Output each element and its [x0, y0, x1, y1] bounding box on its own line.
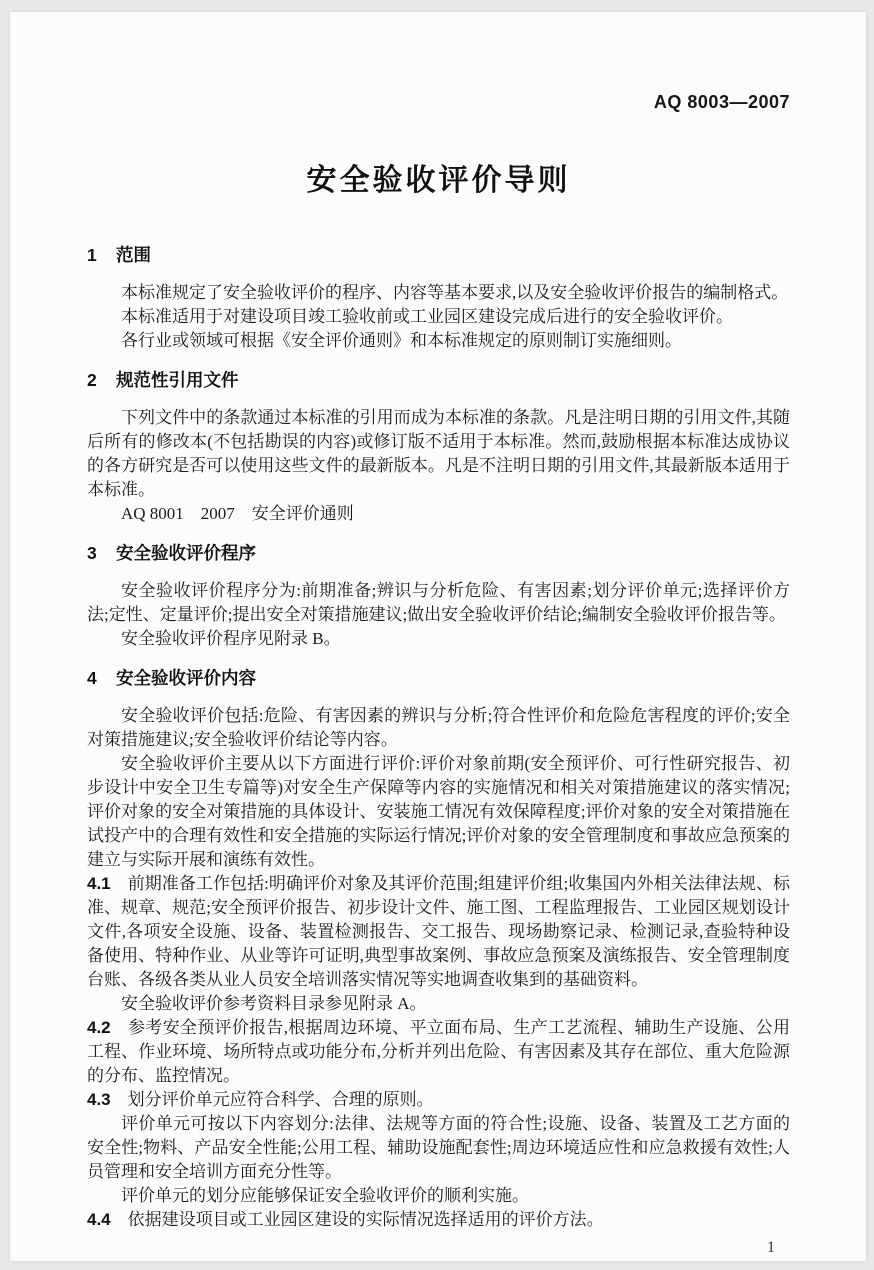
section-heading: 1范围	[87, 243, 790, 267]
page-number: 1	[767, 1239, 775, 1256]
section-heading: 4安全验收评价内容	[87, 666, 790, 690]
page-content: AQ 8003—2007 安全验收评价导则 1范围本标准规定了安全验收评价的程序…	[10, 12, 866, 1257]
section-heading-label: 规范性引用文件	[116, 370, 239, 390]
body-paragraph: 安全验收评价程序分为:前期准备;辨识与分析危险、有害因素;划分评价单元;选择评价…	[87, 579, 790, 627]
section-heading-label: 安全验收评价程序	[116, 543, 256, 563]
body-paragraph: 本标准规定了安全验收评价的程序、内容等基本要求,以及安全验收评价报告的编制格式。	[87, 281, 790, 305]
clause-number: 4.1	[87, 874, 111, 893]
body-paragraph: 评价单元可按以下内容划分:法律、法规等方面的符合性;设施、设备、装置及工艺方面的…	[87, 1112, 790, 1184]
body-paragraph: 安全验收评价程序见附录 B。	[87, 627, 790, 651]
clause-paragraph: 4.3划分评价单元应符合科学、合理的原则。	[87, 1088, 790, 1112]
body-paragraph: 各行业或领域可根据《安全评价通则》和本标准规定的原则制订实施细则。	[87, 329, 790, 353]
standard-number: AQ 8003—2007	[654, 92, 790, 112]
clause-paragraph: 4.2参考安全预评价报告,根据周边环境、平立面布局、生产工艺流程、辅助生产设施、…	[87, 1016, 790, 1088]
clause-number: 4.3	[87, 1090, 111, 1109]
clause-text: 前期准备工作包括:明确评价对象及其评价范围;组建评价组;收集国内外相关法律法规、…	[87, 874, 790, 989]
body-paragraph: 下列文件中的条款通过本标准的引用而成为本标准的条款。凡是注明日期的引用文件,其随…	[87, 406, 790, 502]
clause-paragraph: 4.1前期准备工作包括:明确评价对象及其评价范围;组建评价组;收集国内外相关法律…	[87, 872, 790, 992]
scanned-document-page: AQ 8003—2007 安全验收评价导则 1范围本标准规定了安全验收评价的程序…	[10, 12, 866, 1261]
body-paragraph: 评价单元的划分应能够保证安全验收评价的顺利实施。	[87, 1184, 790, 1208]
body-paragraph: 本标准适用于对建设项目竣工验收前或工业园区建设完成后进行的安全验收评价。	[87, 305, 790, 329]
section-heading: 3安全验收评价程序	[87, 541, 790, 565]
clause-text: 参考安全预评价报告,根据周边环境、平立面布局、生产工艺流程、辅助生产设施、公用工…	[87, 1018, 790, 1085]
section-heading-label: 安全验收评价内容	[116, 668, 256, 688]
clause-number: 4.2	[87, 1018, 111, 1037]
body-paragraph: AQ 8001 2007 安全评价通则	[87, 502, 790, 526]
clause-text: 依据建设项目或工业园区建设的实际情况选择适用的评价方法。	[128, 1210, 604, 1229]
clause-number: 4.4	[87, 1210, 111, 1229]
clause-text: 划分评价单元应符合科学、合理的原则。	[128, 1090, 434, 1109]
clause-paragraph: 4.4依据建设项目或工业园区建设的实际情况选择适用的评价方法。	[87, 1208, 790, 1232]
section-number: 2	[87, 368, 97, 392]
document-body: 1范围本标准规定了安全验收评价的程序、内容等基本要求,以及安全验收评价报告的编制…	[87, 243, 790, 1232]
document-header: AQ 8003—2007	[87, 92, 790, 113]
section-heading-label: 范围	[116, 245, 151, 265]
body-paragraph: 安全验收评价包括:危险、有害因素的辨识与分析;符合性评价和危险危害程度的评价;安…	[87, 704, 790, 752]
document-title: 安全验收评价导则	[87, 155, 790, 199]
section-number: 4	[87, 666, 97, 690]
section-number: 1	[87, 243, 97, 267]
body-paragraph: 安全验收评价参考资料目录参见附录 A。	[87, 992, 790, 1016]
section-number: 3	[87, 541, 97, 565]
body-paragraph: 安全验收评价主要从以下方面进行评价:评价对象前期(安全预评价、可行性研究报告、初…	[87, 752, 790, 872]
section-heading: 2规范性引用文件	[87, 368, 790, 392]
page-footer: 1	[87, 1239, 790, 1257]
